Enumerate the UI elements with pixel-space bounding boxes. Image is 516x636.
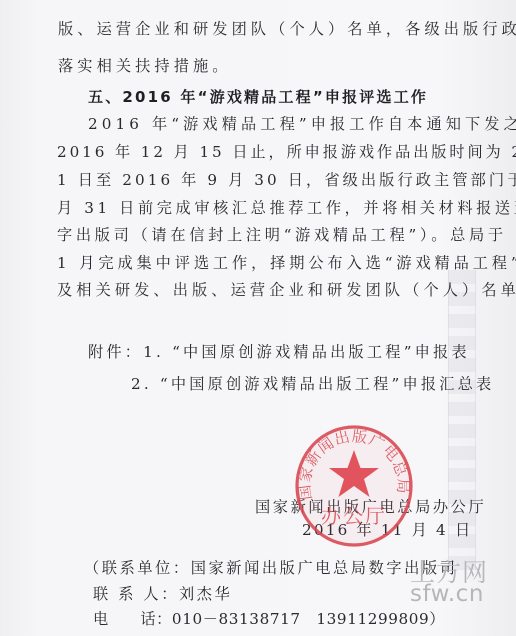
body-line: 月 31 日前完成审核汇总推荐工作，并将相关材料报送至总局数 bbox=[57, 198, 516, 218]
contact-unit: （联系单位：国家新闻出版广电总局数字出版司 bbox=[84, 558, 458, 578]
body-line: 1 日至 2016 年 9 月 30 日，省级出版行政主管部门于 2016 年 … bbox=[57, 170, 516, 190]
contact-phone: 电 话：010－83138717 13911299809） bbox=[93, 609, 445, 629]
body-line: 1 月完成集中评选工作，择期公布入选“游戏精品工程”作品以 bbox=[57, 253, 516, 273]
watermark-en: sfw.cn bbox=[410, 583, 488, 606]
signature-date: 2016 年 11 月 4 日 bbox=[302, 520, 472, 540]
attachment-2: 2. “中国原创游戏精品出版工程”申报汇总表 bbox=[131, 374, 494, 394]
attachment-1: 附件：1. “中国原创游戏精品出版工程”申报表 bbox=[88, 342, 470, 362]
body-line: 2016 年 12 月 15 日止，所申报游戏作品出版时间为 2015 年 10… bbox=[57, 142, 516, 162]
body-line: 字出版司（请在信封上注明“游戏精品工程”）。总局于 2017 年 bbox=[57, 225, 516, 245]
contact-person: 联 系 人：刘杰华 bbox=[93, 584, 232, 604]
site-watermark: 上方网 sfw.cn bbox=[410, 560, 488, 606]
section-heading: 五、2016 年“游戏精品工程”申报评选工作 bbox=[88, 87, 428, 107]
svg-text:国家新闻出版广电总局: 国家新闻出版广电总局 bbox=[295, 427, 412, 501]
text-line: 版、运营企业和研发团队（个人）名单，各级出版行政主管部门 bbox=[58, 19, 516, 39]
body-line: 及相关研发、出版、运营企业和研发团队（个人）名单。 bbox=[57, 280, 516, 300]
signature-org: 国家新闻出版广电总局办公厅 bbox=[255, 497, 486, 517]
document-page: 版、运营企业和研发团队（个人）名单，各级出版行政主管部门 落实相关扶持措施。 五… bbox=[0, 0, 516, 636]
body-line: 2016 年“游戏精品工程”申报工作自本通知下发之日起至 bbox=[88, 114, 516, 134]
text-line: 落实相关扶持措施。 bbox=[58, 56, 232, 76]
